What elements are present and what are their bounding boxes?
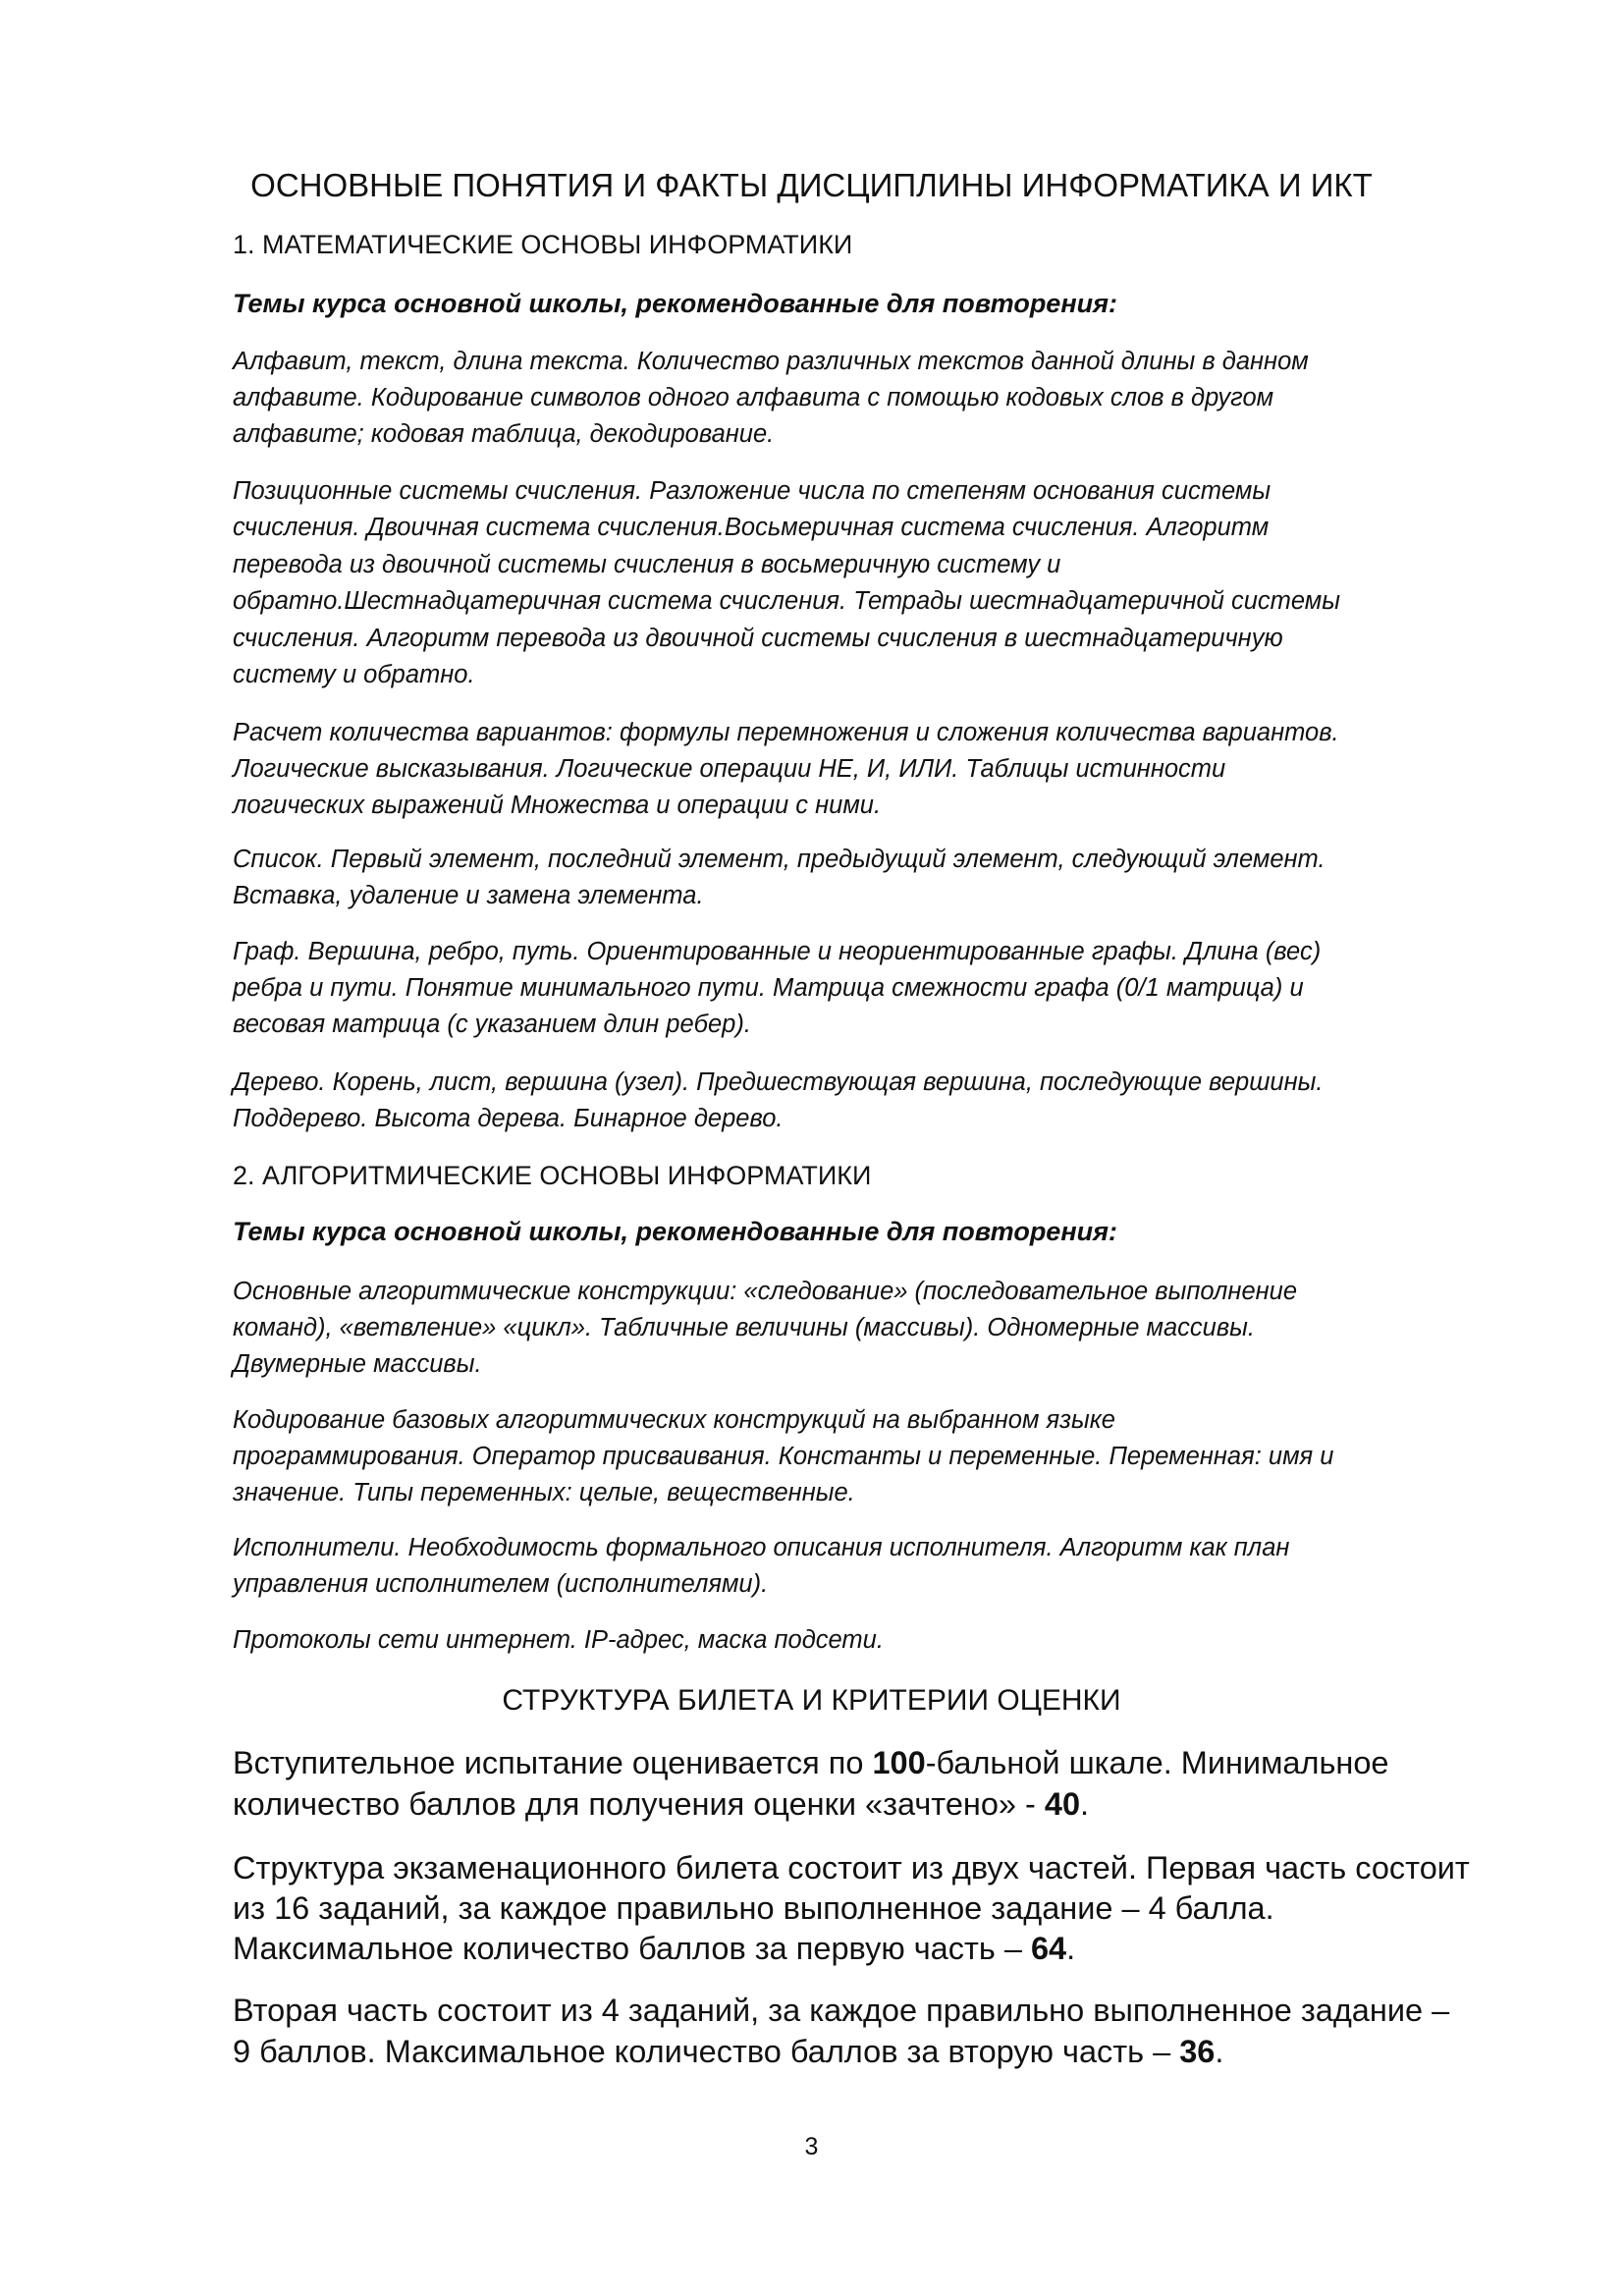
criteria-line: Максимальное количество баллов за первую…	[233, 1933, 1075, 1965]
emphasized-value: 36	[1179, 2034, 1215, 2069]
paragraph-line: Граф. Вершина, ребро, путь. Ориентирован…	[233, 940, 1321, 965]
paragraph-line: управления исполнителем (исполнителями).	[233, 1572, 768, 1598]
emphasized-value: 40	[1045, 1786, 1080, 1822]
paragraph-line: алфавите; кодовая таблица, декодирование…	[233, 422, 774, 448]
paragraph-line: счисления. Алгоритм перевода из двоичной…	[233, 627, 1283, 652]
paragraph-line: Двумерные массивы.	[233, 1352, 482, 1378]
text-run: из 16 заданий, за каждое правильно выпол…	[233, 1890, 1274, 1926]
section-subheading: Темы курса основной школы, рекомендованн…	[233, 1219, 1117, 1245]
paragraph-line: Список. Первый элемент, последний элемен…	[233, 847, 1325, 873]
text-run: .	[1080, 1786, 1089, 1822]
paragraph-line: весовая матрица (с указанием длин ребер)…	[233, 1012, 751, 1038]
criteria-line: Вторая часть состоит из 4 заданий, за ка…	[233, 1995, 1449, 2027]
section-heading: 1. МАТЕМАТИЧЕСКИЕ ОСНОВЫ ИНФОРМАТИКИ	[233, 232, 852, 258]
paragraph-line: Алфавит, текст, длина текста. Количество…	[233, 350, 1309, 375]
criteria-line: Структура экзаменационного билета состои…	[233, 1852, 1470, 1885]
text-run: 9 баллов. Максимальное количество баллов…	[233, 2034, 1179, 2069]
paragraph-line: программирования. Оператор присваивания.…	[233, 1445, 1333, 1470]
criteria-line: количество баллов для получения оценки «…	[233, 1788, 1089, 1821]
criteria-line: из 16 заданий, за каждое правильно выпол…	[233, 1892, 1274, 1925]
paragraph-line: Позиционные системы счисления. Разложени…	[233, 479, 1271, 505]
text-run: .	[1066, 1931, 1075, 1966]
text-run: .	[1215, 2034, 1223, 2069]
paragraph-line: Протоколы сети интернет. IP-адрес, маска…	[233, 1628, 884, 1654]
paragraph-line: значение. Типы переменных: целые, вещест…	[233, 1481, 855, 1506]
paragraph-line: Логические высказывания. Логические опер…	[233, 757, 1225, 783]
text-run: -бальной шкале. Минимальное	[926, 1745, 1389, 1780]
criteria-line: 9 баллов. Максимальное количество баллов…	[233, 2036, 1223, 2068]
criteria-heading: СТРУКТУРА БИЛЕТА И КРИТЕРИИ ОЦЕНКИ	[0, 1686, 1623, 1716]
text-run: Вступительное испытание оценивается по	[233, 1745, 872, 1780]
paragraph-line: перевода из двоичной системы счисления в…	[233, 553, 1060, 578]
emphasized-value: 64	[1031, 1931, 1066, 1966]
page-number: 3	[0, 2135, 1623, 2159]
paragraph-line: Основные алгоритмические конструкции: «с…	[233, 1280, 1297, 1305]
paragraph-line: систему и обратно.	[233, 663, 475, 688]
paragraph-line: обратно.Шестнадцатеричная система счисле…	[233, 589, 1340, 615]
paragraph-line: алфавите. Кодирование символов одного ал…	[233, 386, 1273, 411]
paragraph-line: команд), «ветвление» «цикл». Табличные в…	[233, 1316, 1255, 1341]
emphasized-value: 100	[872, 1745, 925, 1780]
paragraph-line: Вставка, удаление и замена элемента.	[233, 884, 704, 909]
text-run: Структура экзаменационного билета состои…	[233, 1850, 1470, 1886]
text-run: Вторая часть состоит из 4 заданий, за ка…	[233, 1993, 1449, 2028]
criteria-line: Вступительное испытание оценивается по 1…	[233, 1747, 1389, 1779]
section-subheading: Темы курса основной школы, рекомендованн…	[233, 291, 1117, 317]
paragraph-line: Расчет количества вариантов: формулы пер…	[233, 721, 1339, 746]
paragraph-line: логических выражений Множества и операци…	[233, 793, 881, 819]
paragraph-line: Поддерево. Высота дерева. Бинарное дерев…	[233, 1107, 783, 1132]
page-title: ОСНОВНЫЕ ПОНЯТИЯ И ФАКТЫ ДИСЦИПЛИНЫ ИНФО…	[0, 169, 1623, 201]
paragraph-line: Исполнители. Необходимость формального о…	[233, 1536, 1289, 1561]
paragraph-line: счисления. Двоичная система счисления.Во…	[233, 516, 1269, 541]
text-run: Максимальное количество баллов за первую…	[233, 1931, 1031, 1966]
section-heading: 2. АЛГОРИТМИЧЕСКИЕ ОСНОВЫ ИНФОРМАТИКИ	[233, 1163, 871, 1189]
text-run: количество баллов для получения оценки «…	[233, 1786, 1045, 1822]
paragraph-line: ребра и пути. Понятие минимального пути.…	[233, 976, 1304, 1002]
paragraph-line: Дерево. Корень, лист, вершина (узел). Пр…	[233, 1070, 1323, 1096]
paragraph-line: Кодирование базовых алгоритмических конс…	[233, 1408, 1115, 1434]
